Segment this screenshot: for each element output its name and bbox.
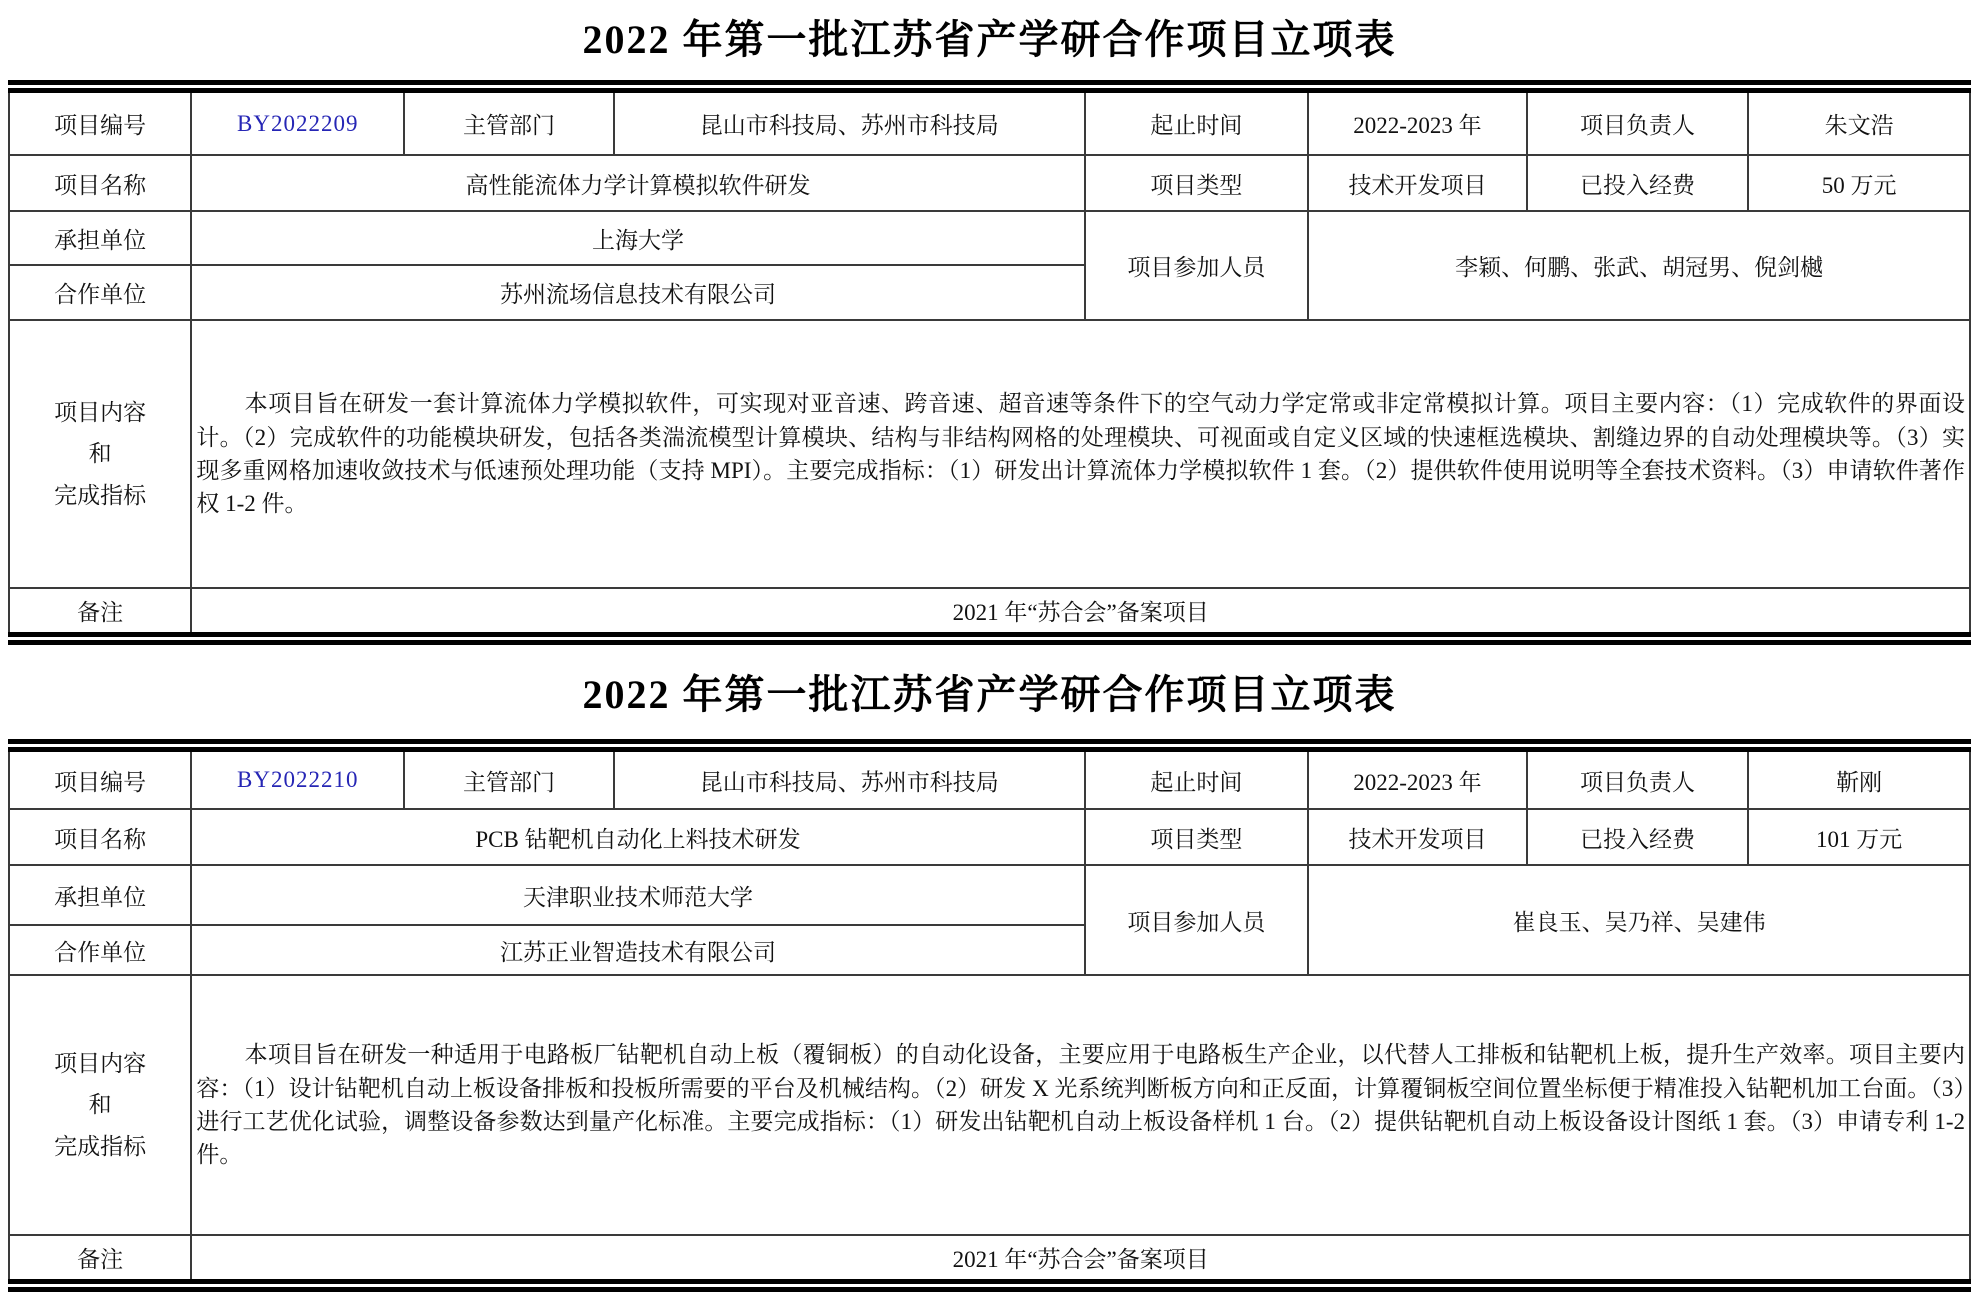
label-content-line3: 完成指标 — [14, 1126, 186, 1167]
label-project-no: 项目编号 — [9, 752, 191, 809]
dept-value: 昆山市科技局、苏州市科技局 — [614, 93, 1085, 155]
participants-value: 崔良玉、吴乃祥、吴建伟 — [1308, 865, 1970, 975]
label-project-no: 项目编号 — [9, 93, 191, 155]
project-no-value: BY2022210 — [191, 752, 404, 809]
project-type-value: 技术开发项目 — [1308, 155, 1527, 211]
label-project-type: 项目类型 — [1085, 155, 1309, 211]
label-undertaker: 承担单位 — [9, 211, 191, 265]
table1-top-rule — [8, 80, 1971, 93]
table1-bottom-rule — [8, 632, 1971, 645]
label-undertaker: 承担单位 — [9, 865, 191, 925]
project-no-value: BY2022209 — [191, 93, 404, 155]
label-remark: 备注 — [9, 588, 191, 632]
undertaker-value: 天津职业技术师范大学 — [191, 865, 1084, 925]
label-project-name: 项目名称 — [9, 155, 191, 211]
document-title-1: 2022 年第一批江苏省产学研合作项目立项表 — [8, 16, 1971, 64]
label-content: 项目内容 和 完成指标 — [9, 320, 191, 588]
label-period: 起止时间 — [1085, 752, 1309, 809]
label-content-line2: 和 — [14, 1084, 186, 1125]
label-remark: 备注 — [9, 1235, 191, 1279]
partner-value: 江苏正业智造技术有限公司 — [191, 925, 1084, 975]
funds-value: 101 万元 — [1748, 809, 1970, 865]
label-partner: 合作单位 — [9, 925, 191, 975]
label-project-type: 项目类型 — [1085, 809, 1309, 865]
label-participants: 项目参加人员 — [1085, 865, 1309, 975]
document-title-2: 2022 年第一批江苏省产学研合作项目立项表 — [8, 671, 1971, 719]
content-paragraph: 本项目旨在研发一套计算流体力学模拟软件，可实现对亚音速、跨音速、超音速等条件下的… — [196, 387, 1965, 520]
content-paragraph: 本项目旨在研发一种适用于电路板厂钻靶机自动上板（覆铜板）的自动化设备，主要应用于… — [196, 1038, 1965, 1171]
label-content-line2: 和 — [14, 433, 186, 474]
label-dept: 主管部门 — [404, 752, 614, 809]
project-name-value: PCB 钻靶机自动化上料技术研发 — [191, 809, 1084, 865]
label-content-line3: 完成指标 — [14, 475, 186, 516]
label-period: 起止时间 — [1085, 93, 1309, 155]
project-table-1: 项目编号 BY2022209 主管部门 昆山市科技局、苏州市科技局 起止时间 2… — [8, 93, 1971, 632]
project-type-value: 技术开发项目 — [1308, 809, 1527, 865]
label-content: 项目内容 和 完成指标 — [9, 975, 191, 1235]
label-partner: 合作单位 — [9, 265, 191, 320]
funds-value: 50 万元 — [1748, 155, 1970, 211]
label-funds: 已投入经费 — [1527, 155, 1749, 211]
label-content-line1: 项目内容 — [14, 1043, 186, 1084]
project-table-2: 项目编号 BY2022210 主管部门 昆山市科技局、苏州市科技局 起止时间 2… — [8, 752, 1971, 1279]
remark-value: 2021 年“苏合会”备案项目 — [191, 1235, 1970, 1279]
label-leader: 项目负责人 — [1527, 93, 1749, 155]
dept-value: 昆山市科技局、苏州市科技局 — [614, 752, 1085, 809]
label-leader: 项目负责人 — [1527, 752, 1749, 809]
content-cell: 本项目旨在研发一种适用于电路板厂钻靶机自动上板（覆铜板）的自动化设备，主要应用于… — [191, 975, 1970, 1235]
period-value: 2022-2023 年 — [1308, 93, 1527, 155]
content-cell: 本项目旨在研发一套计算流体力学模拟软件，可实现对亚音速、跨音速、超音速等条件下的… — [191, 320, 1970, 588]
participants-value: 李颖、何鹏、张武、胡冠男、倪剑樾 — [1308, 211, 1970, 320]
table2-top-rule — [8, 739, 1971, 752]
label-funds: 已投入经费 — [1527, 809, 1749, 865]
period-value: 2022-2023 年 — [1308, 752, 1527, 809]
partner-value: 苏州流场信息技术有限公司 — [191, 265, 1084, 320]
label-participants: 项目参加人员 — [1085, 211, 1309, 320]
label-dept: 主管部门 — [404, 93, 614, 155]
label-project-name: 项目名称 — [9, 809, 191, 865]
leader-value: 朱文浩 — [1748, 93, 1970, 155]
label-content-line1: 项目内容 — [14, 392, 186, 433]
table2-bottom-rule — [8, 1279, 1971, 1292]
leader-value: 靳刚 — [1748, 752, 1970, 809]
undertaker-value: 上海大学 — [191, 211, 1084, 265]
project-name-value: 高性能流体力学计算模拟软件研发 — [191, 155, 1084, 211]
project-table-block-1: 项目编号 BY2022209 主管部门 昆山市科技局、苏州市科技局 起止时间 2… — [8, 80, 1971, 645]
project-table-block-2: 项目编号 BY2022210 主管部门 昆山市科技局、苏州市科技局 起止时间 2… — [8, 739, 1971, 1292]
remark-value: 2021 年“苏合会”备案项目 — [191, 588, 1970, 632]
